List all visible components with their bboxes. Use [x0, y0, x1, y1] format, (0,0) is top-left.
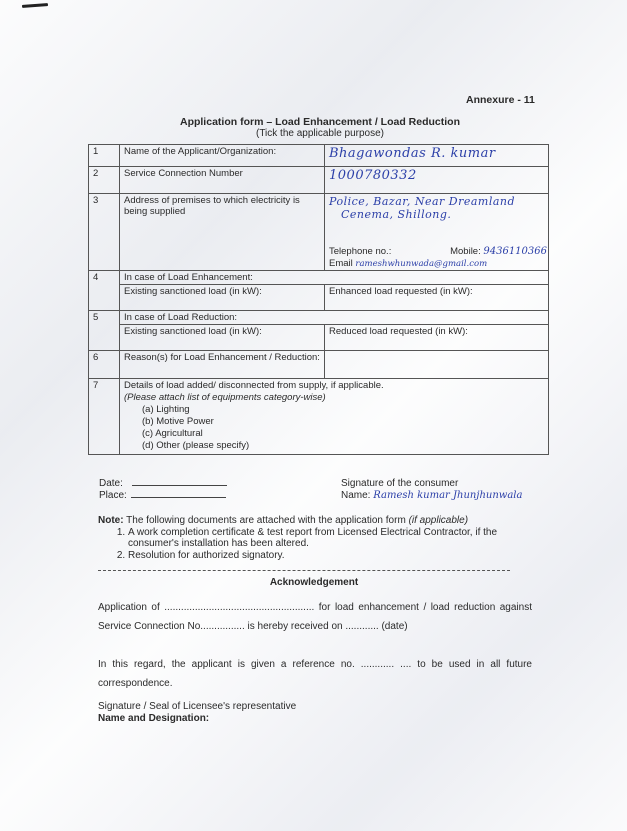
category-other: (d) Other (please specify)	[124, 440, 544, 452]
table-row: 6 Reason(s) for Load Enhancement / Reduc…	[89, 351, 549, 379]
note-qualifier: (if applicable)	[409, 515, 468, 526]
note-item: Resolution for authorized signatory.	[128, 550, 538, 562]
applicant-name-field[interactable]: Bhagawondas R. kumar	[325, 145, 549, 167]
category-agricultural: (c) Agricultural	[124, 428, 544, 440]
form-title: Application form – Load Enhancement / Lo…	[0, 116, 627, 128]
table-row: 5 In case of Load Reduction:	[89, 311, 549, 325]
table-row: 3 Address of premises to which electrici…	[89, 194, 549, 271]
place-field[interactable]	[131, 497, 226, 498]
address-line2: Cenema, Shillong.	[329, 208, 544, 221]
divider	[98, 570, 510, 571]
row-number: 2	[89, 167, 120, 194]
table-row: Existing sanctioned load (in kW): Reduce…	[89, 325, 549, 351]
scan-mark	[22, 3, 48, 8]
email-value: rameshwhunwada@gmail.com	[355, 259, 487, 269]
existing-load-reduction-field[interactable]: Existing sanctioned load (in kW):	[120, 325, 325, 351]
mobile-label: Mobile:	[450, 246, 481, 257]
row-number: 4	[89, 271, 120, 311]
load-reduction-heading: In case of Load Reduction:	[120, 311, 549, 325]
row-number: 6	[89, 351, 120, 379]
service-connection-value: 1000780332	[329, 168, 417, 183]
date-place-block: Date: Place:	[99, 478, 227, 502]
annexure-label: Annexure - 11	[466, 94, 535, 106]
acknowledgement-paragraph: Application of .........................…	[98, 598, 532, 636]
mobile-value: 9436110366	[483, 246, 547, 257]
load-details-note: (Please attach list of equipments catego…	[124, 392, 544, 404]
category-motive-power: (b) Motive Power	[124, 416, 544, 428]
licensee-signature-label: Signature / Seal of Licensee's represent…	[98, 701, 296, 713]
table-row: 1 Name of the Applicant/Organization: Bh…	[89, 145, 549, 167]
table-row: 7 Details of load added/ disconnected fr…	[89, 379, 549, 455]
note-text: The following documents are attached wit…	[126, 515, 406, 526]
form-subtitle: (Tick the applicable purpose)	[0, 128, 627, 139]
address-label: Address of premises to which electricity…	[120, 194, 325, 271]
category-lighting: (a) Lighting	[124, 404, 544, 416]
note-label: Note:	[98, 515, 124, 526]
table-row: 4 In case of Load Enhancement:	[89, 271, 549, 285]
service-connection-field[interactable]: 1000780332	[325, 167, 549, 194]
acknowledgement-title: Acknowledgement	[98, 577, 530, 588]
service-connection-label: Service Connection Number	[120, 167, 325, 194]
email-label: Email	[329, 258, 353, 269]
load-details-field[interactable]: Details of load added/ disconnected from…	[120, 379, 549, 455]
reason-label: Reason(s) for Load Enhancement / Reducti…	[120, 351, 325, 379]
row-number: 5	[89, 311, 120, 351]
consumer-signature-block: Signature of the consumer Name: Ramesh k…	[341, 478, 522, 502]
place-label: Place:	[99, 490, 127, 501]
date-field[interactable]	[132, 485, 227, 486]
reason-field[interactable]	[325, 351, 549, 379]
scanned-form-page: Annexure - 11 Application form – Load En…	[0, 0, 627, 831]
address-line1: Police, Bazar, Near Dreamland	[329, 195, 544, 208]
table-row: 2 Service Connection Number 1000780332	[89, 167, 549, 194]
table-row: Existing sanctioned load (in kW): Enhanc…	[89, 285, 549, 311]
existing-load-enhancement-field[interactable]: Existing sanctioned load (in kW):	[120, 285, 325, 311]
consumer-name-label: Name:	[341, 490, 370, 501]
reference-paragraph: In this regard, the applicant is given a…	[98, 655, 532, 693]
name-designation-label: Name and Designation:	[98, 713, 209, 724]
licensee-signature-block: Signature / Seal of Licensee's represent…	[98, 701, 296, 725]
note-item: A work completion certificate & test rep…	[128, 527, 538, 550]
row-number: 1	[89, 145, 120, 167]
consumer-name-value[interactable]: Ramesh kumar Jhunjhunwala	[373, 490, 522, 501]
signature-label: Signature of the consumer	[341, 478, 522, 490]
application-table: 1 Name of the Applicant/Organization: Bh…	[88, 144, 549, 455]
note-section: Note: The following documents are attach…	[98, 515, 538, 561]
load-details-label: Details of load added/ disconnected from…	[124, 380, 544, 392]
row-number: 3	[89, 194, 120, 271]
enhanced-load-field[interactable]: Enhanced load requested (in kW):	[325, 285, 549, 311]
row-number: 7	[89, 379, 120, 455]
date-label: Date:	[99, 478, 123, 489]
address-field[interactable]: Police, Bazar, Near Dreamland Cenema, Sh…	[325, 194, 549, 271]
applicant-name-value: Bhagawondas R. kumar	[329, 146, 496, 161]
applicant-name-label: Name of the Applicant/Organization:	[120, 145, 325, 167]
reduced-load-field[interactable]: Reduced load requested (in kW):	[325, 325, 549, 351]
telephone-label: Telephone no.:	[329, 246, 391, 257]
load-enhancement-heading: In case of Load Enhancement:	[120, 271, 549, 285]
